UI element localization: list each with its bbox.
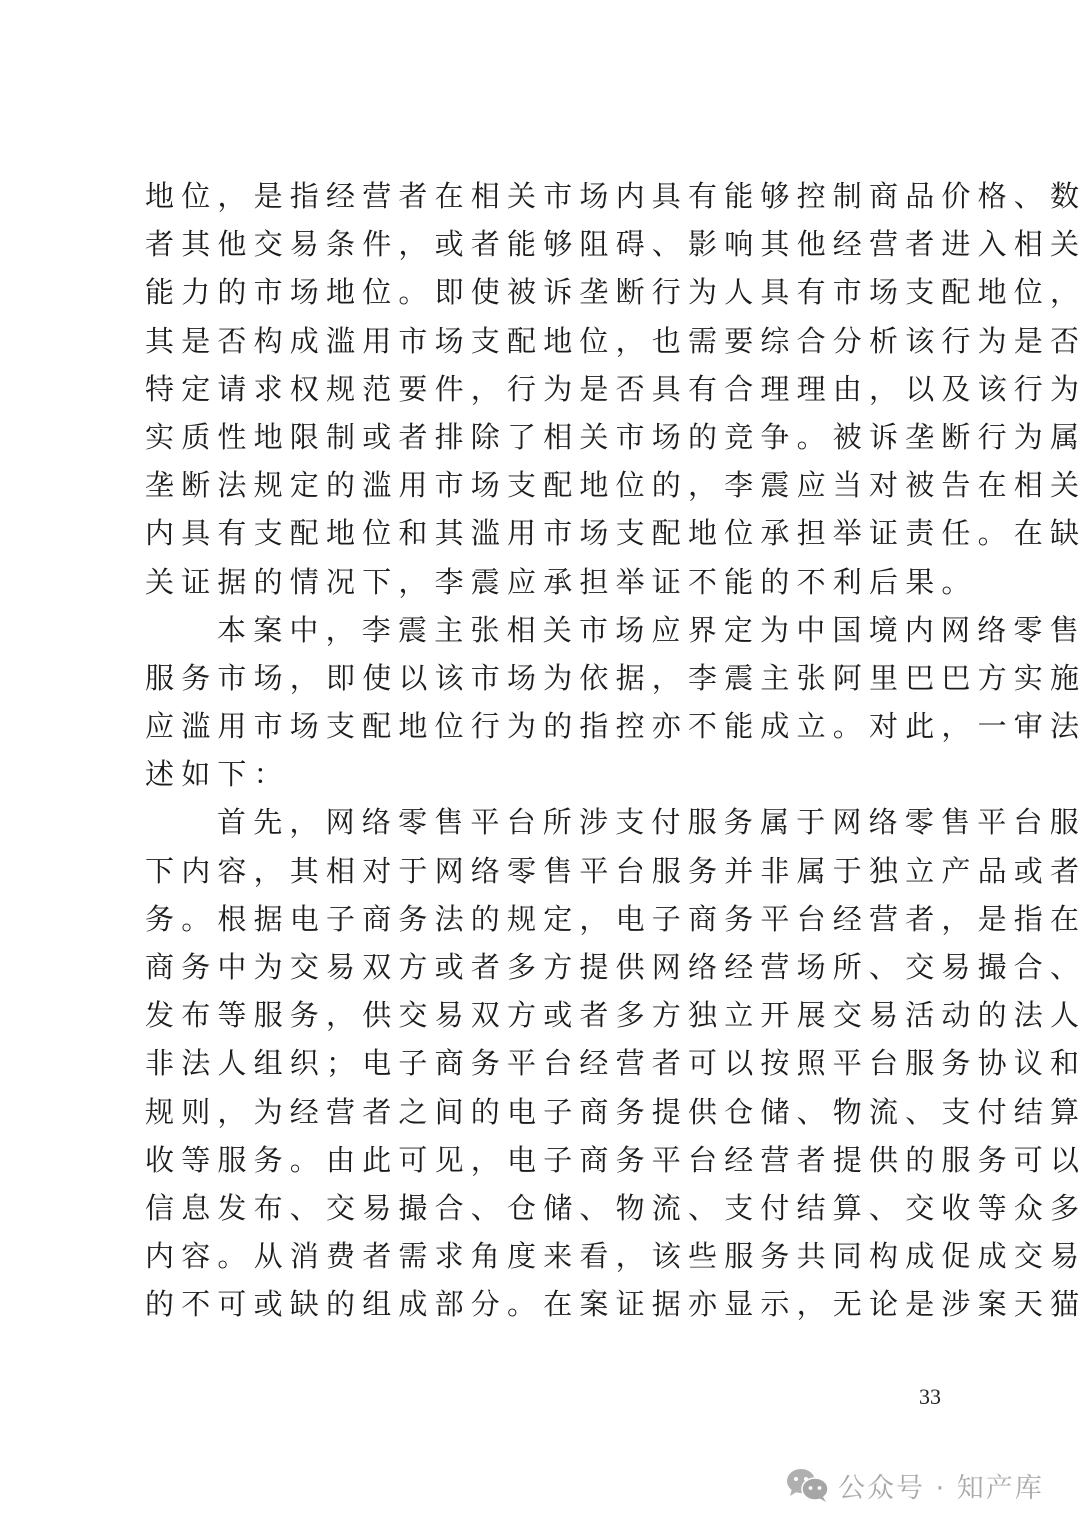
text-line: 地位，是指经营者在相关市场内具有能够控制商品价格、数量或 (145, 172, 945, 220)
text-line: 者其他交易条件，或者能够阻碍、影响其他经营者进入相关市场 (145, 220, 945, 268)
text-line: 首先，网络零售平台所涉支付服务属于网络零售平台服务项 (145, 798, 945, 846)
document-page: 地位，是指经营者在相关市场内具有能够控制商品价格、数量或者其他交易条件，或者能够… (0, 0, 1080, 1527)
text-line: 内容。从消费者需求角度来看，该些服务共同构成促成交易完成 (145, 1232, 945, 1280)
text-line: 信息发布、交易撮合、仓储、物流、支付结算、交收等众多服务 (145, 1184, 945, 1232)
watermark-text: 公众号 · 知产库 (838, 1466, 1044, 1505)
text-line: 应滥用市场支配地位行为的指控亦不能成立。对此，一审法院评 (145, 702, 945, 750)
text-line: 内具有支配地位和其滥用市场支配地位承担举证责任。在缺乏相 (145, 509, 945, 557)
text-line: 下内容，其相对于网络零售平台服务并非属于独立产品或者服 (145, 847, 945, 895)
text-line: 述如下： (145, 750, 945, 798)
text-line: 能力的市场地位。即使被诉垄断行为人具有市场支配地位，判断 (145, 268, 945, 316)
text-line: 的不可或缺的组成部分。在案证据亦显示，无论是涉案天猫、淘 (145, 1280, 945, 1328)
text-line: 垄断法规定的滥用市场支配地位的，李震应当对被告在相关市场 (145, 461, 945, 509)
text-line: 收等服务。由此可见，电子商务平台经营者提供的服务可以包含 (145, 1136, 945, 1184)
text-line: 其是否构成滥用市场支配地位，也需要综合分析该行为是否具备 (145, 317, 945, 365)
text-line: 务。根据电子商务法的规定，电子商务平台经营者，是指在电子 (145, 895, 945, 943)
text-line: 关证据的情况下，李震应承担举证不能的不利后果。 (145, 558, 945, 606)
watermark: 公众号 · 知产库 (786, 1465, 1044, 1505)
page-number: 33 (919, 1384, 941, 1410)
text-line: 发布等服务，供交易双方或者多方独立开展交易活动的法人或者 (145, 991, 945, 1039)
text-line: 非法人组织；电子商务平台经营者可以按照平台服务协议和交易 (145, 1039, 945, 1087)
wechat-icon (786, 1467, 830, 1503)
text-line: 本案中，李震主张相关市场应界定为中国境内网络零售平台 (145, 606, 945, 654)
text-line: 特定请求权规范要件，行为是否具有合理理由，以及该行为是否 (145, 365, 945, 413)
body-text: 地位，是指经营者在相关市场内具有能够控制商品价格、数量或者其他交易条件，或者能够… (145, 172, 945, 1329)
text-line: 实质性地限制或者排除了相关市场的竞争。被诉垄断行为属于反 (145, 413, 945, 461)
text-line: 规则，为经营者之间的电子商务提供仓储、物流、支付结算、交 (145, 1088, 945, 1136)
text-line: 服务市场，即使以该市场为依据，李震主张阿里巴巴方实施了相 (145, 654, 945, 702)
text-line: 商务中为交易双方或者多方提供网络经营场所、交易撮合、信息 (145, 943, 945, 991)
